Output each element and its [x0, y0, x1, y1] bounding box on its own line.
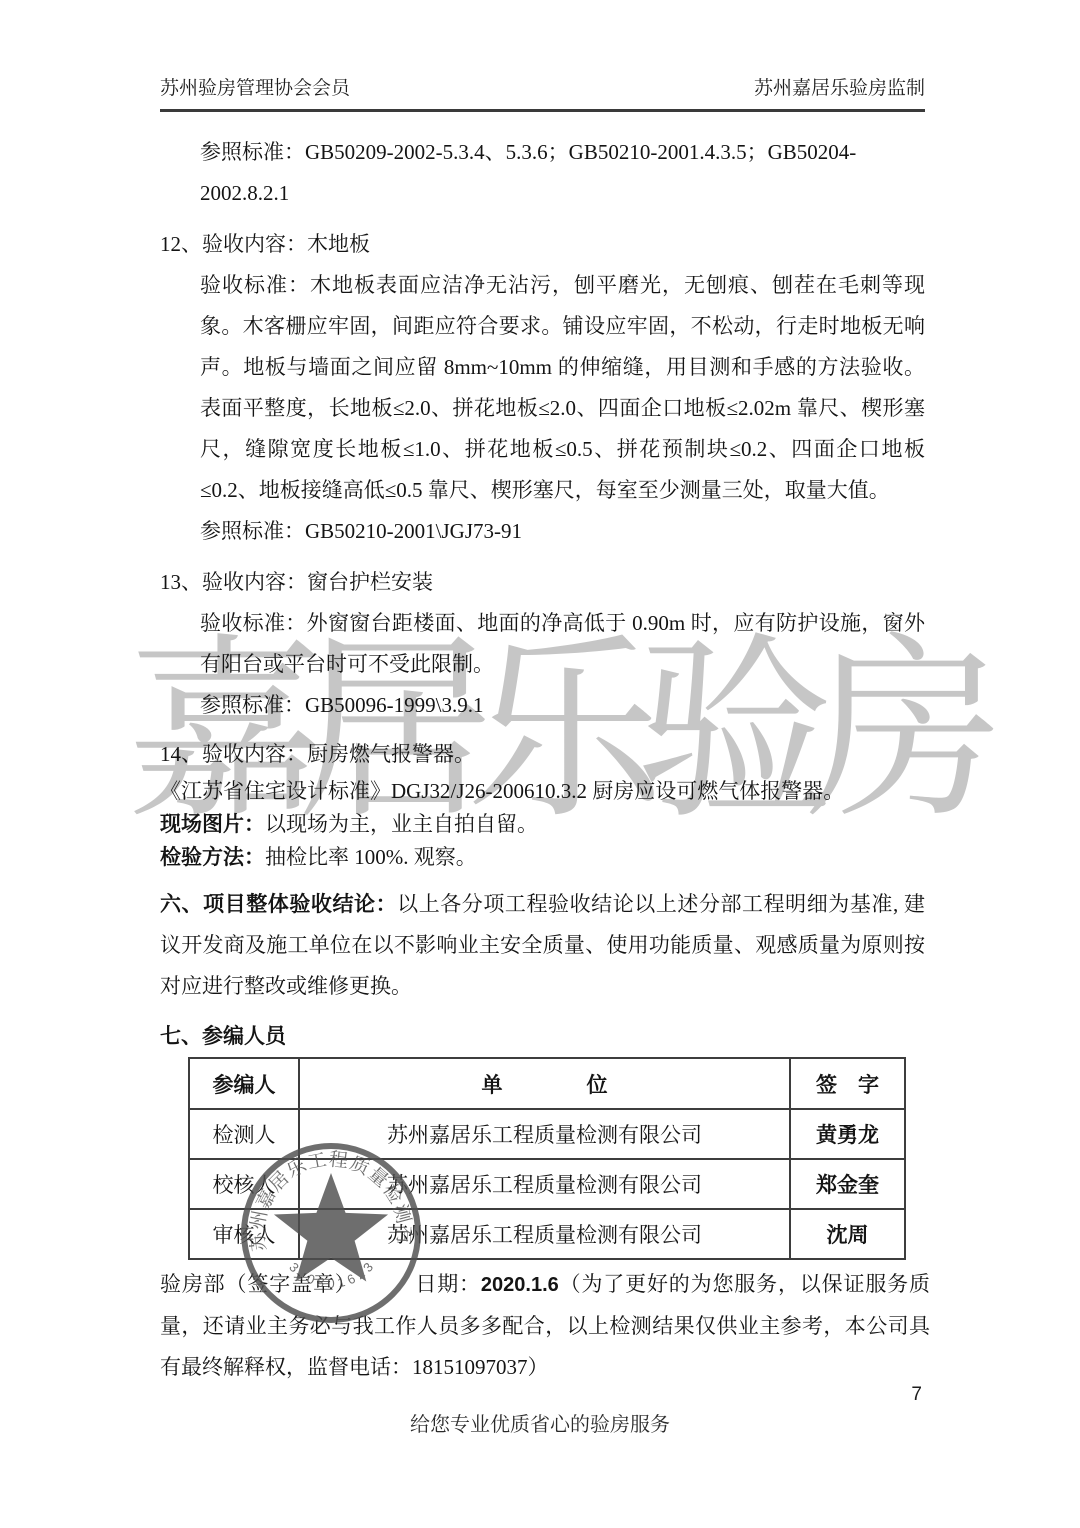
col-header-unit: 单 位 [299, 1058, 790, 1109]
footer-slogan: 给您专业优质省心的验房服务 [0, 1408, 1080, 1437]
header-right-label: 苏州嘉居乐验房监制 [754, 76, 925, 102]
method-label: 检验方法： [160, 845, 265, 869]
photo-label: 现场图片： [160, 812, 265, 836]
page-content: 苏州验房管理协会会员 苏州嘉居乐验房监制 参照标准：GB50209-2002-5… [0, 0, 1080, 1260]
item13-body: 验收标准：外窗窗台距楼面、地面的净高低于 0.90m 时，应有防护设施，窗外有阳… [200, 603, 925, 685]
seal-number-arc: 320801623 [286, 1257, 378, 1291]
item14-method-line: 检验方法：抽检比率 100%. 观察。 [160, 841, 925, 874]
method-text: 抽检比率 100%. 观察。 [265, 845, 477, 869]
section6-label: 六、项目整体验收结论： [160, 892, 397, 916]
reference-standard-top: 参照标准：GB50209-2002-5.3.4、5.3.6；GB50210-20… [200, 132, 925, 214]
page-number: 7 [911, 1384, 922, 1406]
item14-photo-line: 现场图片：以现场为主，业主自拍自留。 [160, 808, 925, 841]
item14-standard-line: 《江苏省住宅设计标准》DGJ32/J26-200610.3.2 厨房应设可燃气体… [160, 775, 925, 808]
col-header-role: 参编人 [189, 1058, 299, 1109]
table-header-row: 参编人 单 位 签 字 [189, 1058, 905, 1109]
section7-heading: 七、参编人员 [160, 1023, 925, 1049]
cell-signature: 黄勇龙 [790, 1109, 905, 1159]
item13-reference: 参照标准：GB50096-1999\3.9.1 [200, 685, 925, 726]
photo-text: 以现场为主，业主自拍自留。 [265, 812, 538, 836]
header-left-label: 苏州验房管理协会会员 [160, 76, 350, 102]
item14-heading: 14、验收内容：厨房燃气报警器。 [160, 734, 925, 775]
company-seal-stamp: 苏州嘉居乐工程质量检测有限公司 320801623 [236, 1138, 426, 1328]
cell-signature: 沈周 [790, 1209, 905, 1259]
col-header-sign: 签 字 [790, 1058, 905, 1109]
item12-body: 验收标准：木地板表面应洁净无沾污，刨平磨光，无刨痕、刨茬在毛刺等现象。木客栅应牢… [200, 265, 925, 511]
item12-heading: 12、验收内容：木地板 [160, 224, 925, 265]
item13-heading: 13、验收内容：窗台护栏安装 [160, 562, 925, 603]
section6-paragraph: 六、项目整体验收结论：以上各分项工程验收结论以上述分部工程明细为基准, 建议开发… [160, 884, 925, 1007]
page-header: 苏州验房管理协会会员 苏州嘉居乐验房监制 [160, 76, 925, 112]
document-page: 嘉居乐验房 苏州验房管理协会会员 苏州嘉居乐验房监制 参照标准：GB50209-… [0, 0, 1080, 1528]
cell-signature: 郑金奎 [790, 1159, 905, 1209]
closing-date-value: 2020.1.6 [481, 1274, 559, 1296]
item12-reference: 参照标准：GB50210-2001\JGJ73-91 [200, 511, 925, 552]
